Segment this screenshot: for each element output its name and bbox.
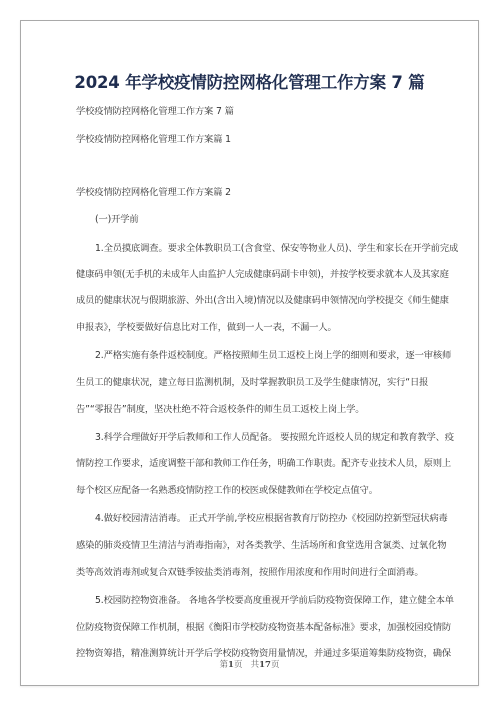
paragraph-line: 申报表》，学校要做好信息比对工作，做到一人一表，不漏一人。 — [76, 322, 337, 334]
page-prefix: 第 — [220, 660, 229, 670]
paragraph-line: 生员工的健康状况，建立每日监测机制，及时掌握教职员工及学生健康情况，实行“日报 — [76, 377, 428, 389]
paragraph-line: 位防疫物资保障工作机制，根据《衡阳市学校防疫物资基本配备标准》要求，加强校园疫情… — [76, 622, 451, 634]
paragraph-line: 5.校园防控物资准备。 各地各学校要高度重视开学前后防疫物资保障工作，建立健全本… — [95, 595, 454, 607]
subsection-heading: (一)开学前 — [95, 214, 139, 226]
paragraph-line: 4.做好校园清洁消毒。 正式开学前,学校应根据省教育厅防控办《校园防控新型冠状病… — [95, 513, 448, 525]
paragraph-line: 情防控工作要求，适度调整干部和教师工作任务，明确工作职责。配齐专业技术人员，原则… — [76, 458, 451, 470]
total-pages-number: 17 — [259, 660, 271, 670]
page-suffix: 页 — [234, 660, 243, 670]
document-page: 2024 年学校疫情防控网格化管理工作方案 7 篇 学校疫情防控网格化管理工作方… — [20, 20, 479, 686]
paragraph-line: 1.全员摸底调查。要求全体教职员工(含食堂、保安等物业人员)、学生和家长在开学前… — [95, 243, 458, 255]
paragraph-line: 感染的肺炎疫情卫生清洁与消毒指南》，对各类教学、生活场所和食堂选用含氯类、过氧化… — [76, 540, 446, 552]
paragraph-line: 类等高效消毒剂或复合双链季铵盐类消毒剂，按照作用浓度和作用时间进行全面消毒。 — [76, 567, 424, 579]
paragraph-line: 2.严格实施有条件返校制度。严格按照师生员工返校上岗上学的细则和要求，逐一审核师 — [95, 350, 451, 362]
section-heading: 学校疫情防控网格化管理工作方案篇 2 — [76, 187, 231, 199]
total-prefix: 共 — [251, 660, 260, 670]
paragraph-line: 告”“零报告”制度，坚决杜绝不符合返校条件的师生员工返校上岗上学。 — [76, 404, 364, 416]
paragraph-line: 成员的健康状况与假期旅游、外出(含出入境)情况以及健康码申领情况向学校提交《师生… — [76, 295, 449, 307]
page-footer: 第1页 共17页 — [21, 658, 478, 670]
toc-line: 学校疫情防控网格化管理工作方案 7 篇 — [76, 106, 234, 118]
toc-line: 学校疫情防控网格化管理工作方案篇 1 — [76, 134, 231, 146]
document-title: 2024 年学校疫情防控网格化管理工作方案 7 篇 — [21, 69, 478, 93]
paragraph-line: 3.科学合理做好开学后教师和工作人员配备。 要按照允许返校人员的规定和教育教学、… — [95, 432, 454, 444]
total-suffix: 页 — [271, 660, 280, 670]
paragraph-line: 每个校区应配备一名熟悉疫情防控工作的校医或保健教师在学校定点值守。 — [76, 485, 378, 497]
paragraph-line: 健康码申领(无手机的未成年人由监护人完成健康码副卡申领)，并按学校要求就本人及其… — [76, 269, 449, 281]
